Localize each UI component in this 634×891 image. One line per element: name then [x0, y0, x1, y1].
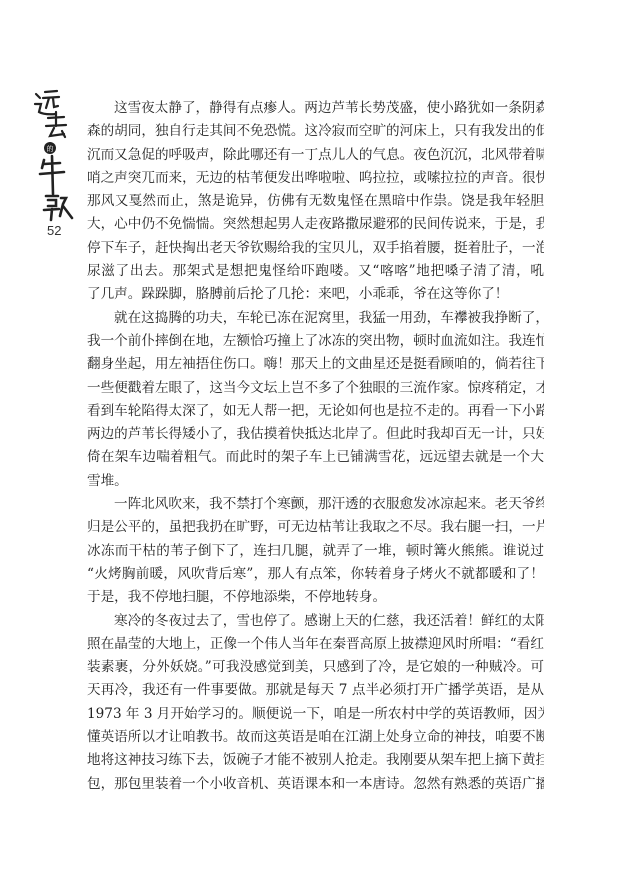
text-line: 大，心中仍不免惴惴。突然想起男人走夜路撒尿避邪的民间传说来，于是，我 [87, 213, 544, 236]
text-line: 一些便戳着左眼了，这当今文坛上岂不多了个独眼的三流作家。惊疼稍定，才 [87, 377, 544, 400]
text-line: 一阵北风吹来，我不禁打个寒颤，那汗透的衣服愈发冰凉起来。老天爷终 [87, 493, 544, 516]
text-line: 翻身坐起，用左袖捂住伤口。嗨！那天上的文曲星还是挺看顾咱的，倘若往下 [87, 353, 544, 376]
text-line: 装素裹，分外妖娆。”可我没感觉到美，只感到了冷，是它娘的一种贼冷。可 [87, 656, 544, 679]
text-line: 于是，我不停地扫腿，不停地添柴，不停地转身。 [87, 586, 544, 609]
text-line: 这雪夜太静了，静得有点瘆人。两边芦苇长势茂盛，使小路犹如一条阴森 [87, 97, 544, 120]
text-line: 停下车子，赶快掏出老天爷钦赐给我的宝贝儿，双手掐着腰，挺着肚子，一泡 [87, 237, 544, 260]
text-line: 看到车轮陷得太深了，如无人帮一把，无论如何也是拉不走的。再看一下小路 [87, 400, 544, 423]
text-line: “火烤胸前暖，风吹背后寒”，那人有点笨，你转着身子烤火不就都暖和了！ [87, 563, 544, 586]
text-line: 包，那包里装着一个小收音机、英语课本和一本唐诗。忽然有熟悉的英语广播 [87, 773, 544, 796]
text-line: 1973 年 3 月开始学习的。顺便说一下，咱是一所农村中学的英语教师，因为 [87, 703, 544, 726]
calligraphy-icon: 的 [32, 84, 76, 224]
text-line: 懂英语所以才让咱教书。故而这英语是咱在江湖上处身立命的神技，咱要不断 [87, 726, 544, 749]
page-number: 52 [47, 223, 61, 238]
text-line: 我一个前仆摔倒在地，左额恰巧撞上了冰冻的突出物，顿时血流如注。我连忙 [87, 330, 544, 353]
svg-text:的: 的 [47, 144, 54, 153]
body-text: 这雪夜太静了，静得有点瘆人。两边芦苇长势茂盛，使小路犹如一条阴森 森的胡同，独自… [87, 97, 544, 796]
text-line: 地将这神技习练下去，饭碗子才能不被别人抢走。我刚要从架车把上摘下黄挂 [87, 749, 544, 772]
text-line: 那风又戛然而止，煞是诡异，仿佛有无数鬼怪在黑暗中作祟。饶是我年轻胆 [87, 190, 544, 213]
book-title-calligraphy-logo: 的 [32, 84, 76, 224]
text-line: 倚在架车边喘着粗气。而此时的架子车上已铺满雪花，远远望去就是一个大 [87, 446, 544, 469]
text-line: 了几声。跺跺脚，胳膊前后抡了几抡：来吧，小乖乖，爷在这等你了！ [87, 283, 544, 306]
text-line: 雪堆。 [87, 470, 544, 493]
text-line: 归是公平的，虽把我扔在旷野，可无边枯苇让我取之不尽。我右腿一扫，一片 [87, 516, 544, 539]
text-line: 照在晶莹的大地上，正像一个伟人当年在秦晋高原上披襟迎风时所唱：“看红 [87, 633, 544, 656]
text-line: 森的胡同，独自行走其间不免恐慌。这冷寂而空旷的河床上，只有我发出的低 [87, 120, 544, 143]
text-line: 就在这捣腾的功夫，车轮已冻在泥窝里，我猛一用劲，车襻被我挣断了， [87, 307, 544, 330]
text-line: 尿滋了出去。那架式是想把鬼怪给吓跑喽。又“喀喀”地把嗓子清了清，吼 [87, 260, 544, 283]
text-line: 沉而又急促的呼吸声，除此哪还有一丁点儿人的气息。夜色沉沉，北风带着啸 [87, 144, 544, 167]
text-line: 天再冷，我还有一件事要做。那就是每天 7 点半必须打开广播学英语，是从 [87, 679, 544, 702]
text-line: 哨之声突兀而来，无边的枯苇便发出哗啦啦、呜拉拉，或嗦拉拉的声音。很快 [87, 167, 544, 190]
text-line: 冰冻而干枯的苇子倒下了，连扫几腿，就弄了一堆，顿时篝火熊熊。谁说过 [87, 540, 544, 563]
text-line: 寒冷的冬夜过去了，雪也停了。感谢上天的仁慈，我还活着！鲜红的太阳 [87, 610, 544, 633]
text-line: 两边的芦苇长得矮小了，我估摸着快抵达北岸了。但此时我却百无一计，只好 [87, 423, 544, 446]
